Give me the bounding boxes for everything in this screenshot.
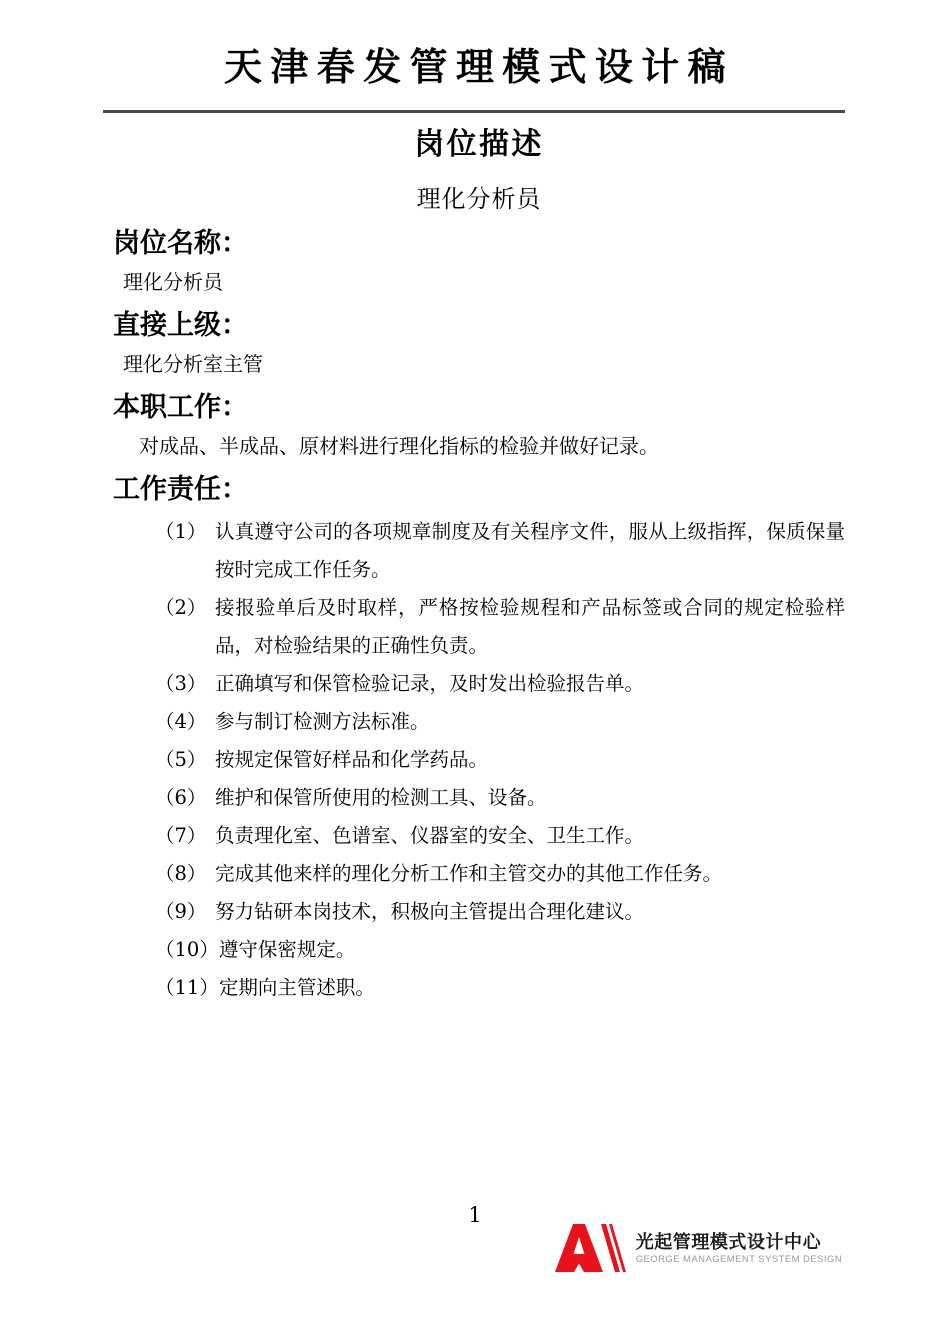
- list-item-text: 遵守保密规定。: [219, 931, 845, 969]
- list-item-text: 参与制订检测方法标准。: [215, 703, 845, 741]
- list-item-number: （2）: [155, 589, 215, 627]
- list-item-number: （1）: [155, 513, 215, 551]
- field-value-main-job: 对成品、半成品、原材料进行理化指标的检验并做好记录。: [139, 431, 845, 461]
- field-main-job: 本职工作： 对成品、半成品、原材料进行理化指标的检验并做好记录。: [113, 389, 845, 461]
- list-item-text: 维护和保管所使用的检测工具、设备。: [215, 779, 845, 817]
- field-label-direct-superior: 直接上级：: [113, 307, 845, 343]
- list-item: （5） 按规定保管好样品和化学药品。: [155, 741, 845, 779]
- list-item-number: （11）: [155, 969, 219, 1007]
- logo-a-icon: [554, 1224, 626, 1272]
- list-item-number: （10）: [155, 931, 219, 969]
- list-item: （7） 负责理化室、色谱室、仪器室的安全、卫生工作。: [155, 817, 845, 855]
- responsibilities-list: （1） 认真遵守公司的各项规章制度及有关程序文件，服从上级指挥，保质保量按时完成…: [113, 513, 845, 1007]
- list-item: （8） 完成其他来样的理化分析工作和主管交办的其他工作任务。: [155, 855, 845, 893]
- field-position-name: 岗位名称： 理化分析员: [113, 225, 845, 297]
- list-item-number: （3）: [155, 665, 215, 703]
- responsibilities-section: 工作责任： （1） 认真遵守公司的各项规章制度及有关程序文件，服从上级指挥，保质…: [113, 471, 845, 1007]
- list-item: （11） 定期向主管述职。: [155, 969, 845, 1007]
- list-item-number: （5）: [155, 741, 215, 779]
- list-item-text: 努力钻研本岗技术，积极向主管提出合理化建议。: [215, 893, 845, 931]
- company-logo: 光起管理模式设计中心 GEORGE MANAGEMENT SYSTEM DESI…: [554, 1224, 842, 1272]
- list-item: （6） 维护和保管所使用的检测工具、设备。: [155, 779, 845, 817]
- document-page: 天津春发管理模式设计稿 岗位描述 理化分析员 岗位名称： 理化分析员 直接上级：…: [0, 0, 950, 1344]
- field-label-position-name: 岗位名称：: [113, 225, 845, 261]
- logo-english-name: GEORGE MANAGEMENT SYSTEM DESIGN: [636, 1254, 842, 1266]
- list-item-text: 定期向主管述职。: [219, 969, 845, 1007]
- list-item-text: 完成其他来样的理化分析工作和主管交办的其他工作任务。: [215, 855, 845, 893]
- field-value-direct-superior: 理化分析室主管: [123, 349, 845, 379]
- list-item-number: （4）: [155, 703, 215, 741]
- list-item-number: （7）: [155, 817, 215, 855]
- list-item-text: 正确填写和保管检验记录，及时发出检验报告单。: [215, 665, 845, 703]
- list-item: （9） 努力钻研本岗技术，积极向主管提出合理化建议。: [155, 893, 845, 931]
- logo-chinese-name: 光起管理模式设计中心: [636, 1230, 842, 1254]
- list-item: （2） 接报验单后及时取样，严格按检验规程和产品标签或合同的规定检验样品，对检验…: [155, 589, 845, 665]
- responsibilities-heading: 工作责任：: [113, 471, 845, 507]
- list-item-number: （9）: [155, 893, 215, 931]
- field-direct-superior: 直接上级： 理化分析室主管: [113, 307, 845, 379]
- section-title: 岗位描述: [113, 127, 845, 163]
- list-item: （3） 正确填写和保管检验记录，及时发出检验报告单。: [155, 665, 845, 703]
- list-item: （10） 遵守保密规定。: [155, 931, 845, 969]
- field-label-main-job: 本职工作：: [113, 389, 845, 425]
- list-item: （4） 参与制订检测方法标准。: [155, 703, 845, 741]
- list-item-text: 接报验单后及时取样，严格按检验规程和产品标签或合同的规定检验样品，对检验结果的正…: [215, 589, 845, 665]
- list-item-number: （8）: [155, 855, 215, 893]
- field-value-position-name: 理化分析员: [123, 267, 845, 297]
- header-divider: [103, 110, 845, 113]
- position-title: 理化分析员: [113, 185, 845, 215]
- list-item-number: （6）: [155, 779, 215, 817]
- document-content: 天津春发管理模式设计稿 岗位描述 理化分析员 岗位名称： 理化分析员 直接上级：…: [0, 0, 950, 1007]
- document-title: 天津春发管理模式设计稿: [113, 46, 845, 90]
- list-item: （1） 认真遵守公司的各项规章制度及有关程序文件，服从上级指挥，保质保量按时完成…: [155, 513, 845, 589]
- list-item-text: 负责理化室、色谱室、仪器室的安全、卫生工作。: [215, 817, 845, 855]
- logo-text: 光起管理模式设计中心 GEORGE MANAGEMENT SYSTEM DESI…: [636, 1230, 842, 1266]
- list-item-text: 认真遵守公司的各项规章制度及有关程序文件，服从上级指挥，保质保量按时完成工作任务…: [215, 513, 845, 589]
- list-item-text: 按规定保管好样品和化学药品。: [215, 741, 845, 779]
